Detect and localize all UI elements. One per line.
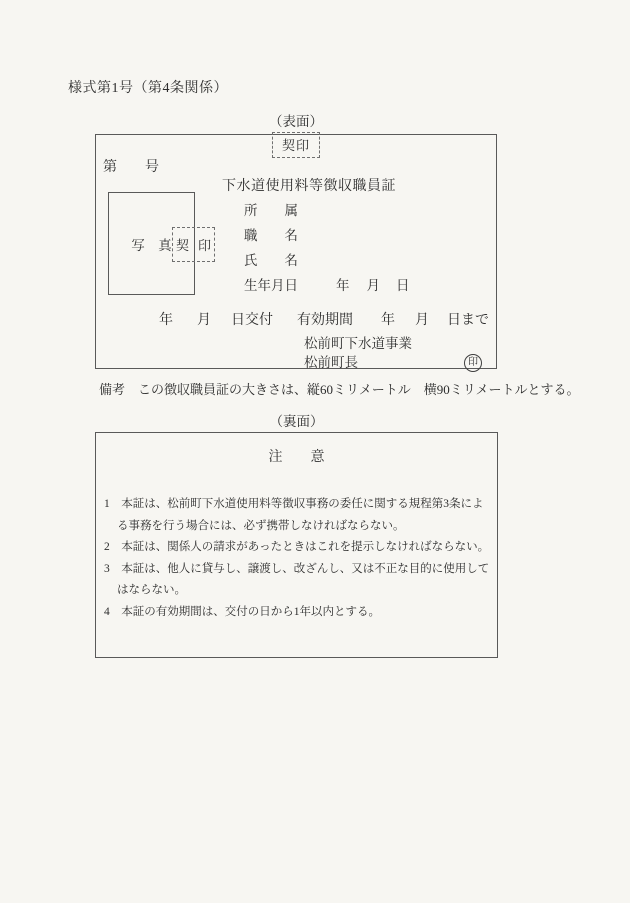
issuer-block: 松前町下水道事業 松前町長 印 — [304, 335, 482, 372]
issue-validity-line: 年月日交付有効期間年月日まで — [159, 309, 489, 329]
issuer-mayor: 松前町長 — [304, 354, 358, 373]
birth-month-unit: 月 — [367, 278, 381, 293]
back-side-label: （裏面） — [95, 410, 498, 430]
issue-day-unit: 日交付 — [231, 313, 273, 328]
issuer-business: 松前町下水道事業 — [304, 335, 482, 354]
notice-item-4: 4 本証の有効期間は、交付の日から1年以内とする。 — [104, 602, 493, 624]
caution-title: 注 意 — [96, 446, 497, 466]
document-page: 様式第1号（第4条関係） （表面） 契印 第 号 下水道使用料等徴収職員証 写 … — [0, 0, 630, 903]
field-position: 職 名 — [244, 223, 410, 248]
birth-day-unit: 日 — [396, 278, 410, 293]
form-number: 様式第1号（第4条関係） — [68, 77, 228, 97]
issuer-mayor-line: 松前町長 印 — [304, 354, 482, 373]
tally-seal-top: 契印 — [272, 132, 320, 158]
notice-item-1: 1 本証は、松前町下水道使用料等徴収事務の委任に関する規程第3条による事務を行う… — [104, 494, 493, 537]
remarks-note: 備考 この徴収職員証の大きさは、縦60ミリメートル 横90ミリメートルとする。 — [99, 379, 579, 398]
notice-item-3: 3 本証は、他人に貸与し、譲渡し、改ざんし、又は不正な目的に使用してはならない。 — [104, 559, 493, 602]
doc-number: 第 号 — [103, 156, 159, 176]
field-name: 氏 名 — [244, 248, 410, 273]
birthdate-label: 生年月日 — [244, 278, 298, 293]
front-side-label: （表面） — [95, 110, 497, 130]
seal-character: 印 — [468, 358, 478, 368]
photo-box: 写 真 契印 — [108, 192, 195, 295]
issue-year-unit: 年 — [159, 313, 173, 328]
tally-seal-photo: 契印 — [172, 227, 215, 262]
validity-month-unit: 月 — [415, 313, 429, 328]
birth-year-unit: 年 — [336, 278, 350, 293]
mayor-seal-icon: 印 — [464, 354, 482, 372]
id-card-front: 契印 第 号 下水道使用料等徴収職員証 写 真 契印 所 属 職 名 氏 名 生… — [95, 134, 497, 369]
validity-year-unit: 年 — [381, 313, 395, 328]
id-card-back: 注 意 1 本証は、松前町下水道使用料等徴収事務の委任に関する規程第3条による事… — [95, 432, 498, 658]
field-affiliation: 所 属 — [244, 198, 410, 223]
card-fields: 所 属 職 名 氏 名 生年月日年月日 — [244, 198, 410, 298]
notice-list: 1 本証は、松前町下水道使用料等徴収事務の委任に関する規程第3条による事務を行う… — [104, 494, 493, 623]
field-birthdate: 生年月日年月日 — [244, 273, 410, 298]
validity-label: 有効期間 — [297, 313, 353, 328]
validity-day-unit: 日まで — [447, 313, 489, 328]
issue-month-unit: 月 — [197, 313, 211, 328]
notice-item-2: 2 本証は、関係人の請求があったときはこれを提示しなければならない。 — [104, 537, 493, 559]
